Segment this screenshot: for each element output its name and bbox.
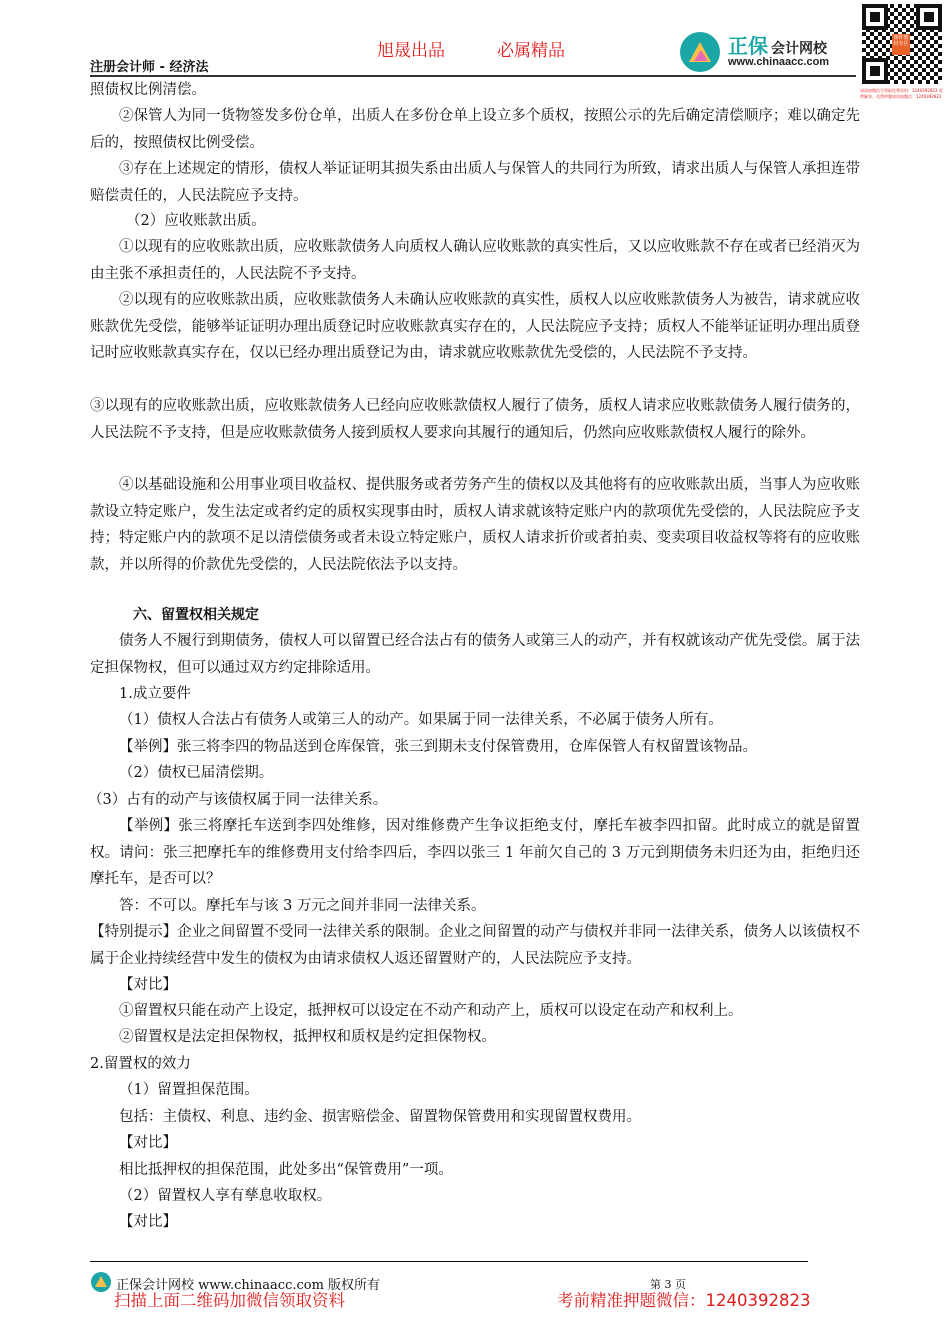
special-note: 【特别提示】企业之间留置不受同一法律关系的限制。企业之间留置的动产与债权并非同一… <box>90 919 860 972</box>
paragraph: （2）留置权人享有孳息收取权。 <box>119 1183 859 1210</box>
paragraph: （1）债权人合法占有债务人或第三人的动产。如果属于同一法律关系，不必属于债务人所… <box>119 707 859 734</box>
example: 【举例】张三将李四的物品送到仓库保管，张三到期未支付保管费用，仓库保管人有权留置… <box>119 734 879 761</box>
paragraph: （3）占有的动产与该债权属于同一法律关系。 <box>88 787 858 814</box>
qr-caption: 请添加微信号领取免费资料：1240392823 免费解答、免费押题请添加微信：1… <box>860 88 946 100</box>
logo-name: 正保会计网校 <box>728 30 827 59</box>
paragraph: ②保管人为同一货物签发多份仓单，出质人在多份仓单上设立多个质权，按照公示的先后确… <box>90 103 860 156</box>
answer: 答：不可以。摩托车与该 3 万元之间并非同一法律关系。 <box>90 893 860 920</box>
paragraph: 相比抵押权的担保范围，此处多出“保管费用”一项。 <box>119 1157 859 1184</box>
paragraph: ②以现有的应收账款出质，应收账款债务人未确认应收账款的真实性，质权人以应收账款债… <box>90 287 860 367</box>
compare-label: 【对比】 <box>119 1130 319 1157</box>
paragraph: ①以现有的应收账款出质，应收账款债务人向质权人确认应收账款的真实性后，又以应收账… <box>90 234 860 287</box>
paragraph: （2）应收账款出质。 <box>126 208 826 235</box>
chinaacc-logo: 正保会计网校 www.chinaacc.com <box>680 28 860 74</box>
logo-mark-icon <box>680 32 720 72</box>
subheading: 2.留置权的效力 <box>90 1051 860 1078</box>
promo-right: 考前精准押题微信：1240392823 <box>557 1287 810 1311</box>
document-title: 注册会计师 - 经济法 <box>90 56 208 75</box>
paragraph: ②留置权是法定担保物权，抵押权和质权是约定担保物权。 <box>119 1024 859 1051</box>
slogan-left: 旭晟出品 <box>377 36 445 61</box>
promo-left: 扫描上面二维码加微信领取资料 <box>114 1287 345 1311</box>
logo-url: www.chinaacc.com <box>728 56 829 68</box>
compare-label: 【对比】 <box>119 972 319 999</box>
paragraph: 照债权比例清偿。 <box>90 77 860 104</box>
compare-label: 【对比】 <box>119 1209 319 1236</box>
subheading: 1.成立要件 <box>119 681 859 708</box>
qr-center-badge: 课件教材专区 <box>892 34 910 55</box>
paragraph: （1）留置担保范围。 <box>119 1077 859 1104</box>
paragraph: 包括：主债权、利息、违约金、损害赔偿金、留置物保管费用和实现留置权费用。 <box>119 1104 859 1131</box>
example: 【举例】张三将摩托车送到李四处维修，因对维修费产生争议拒绝支付，摩托车被李四扣留… <box>90 813 860 893</box>
footer-divider <box>90 1261 808 1262</box>
footer-logo-icon <box>91 1272 111 1292</box>
paragraph: ④以基础设施和公用事业项目收益权、提供服务或者劳务产生的债权以及其他将有的应收账… <box>90 472 860 578</box>
paragraph: ③存在上述规定的情形，债权人举证证明其损失系由出质人与保管人的共同行为所致，请求… <box>90 156 860 209</box>
slogan-right: 必属精品 <box>497 36 565 61</box>
paragraph: ③以现有的应收账款出质，应收账款债务人已经向应收账款债权人履行了债务，质权人请求… <box>90 393 860 446</box>
section-heading: 六、留置权相关规定 <box>133 602 533 629</box>
paragraph: （2）债权已届清偿期。 <box>119 760 859 787</box>
paragraph: ①留置权只能在动产上设定，抵押权可以设定在不动产和动产上，质权可以设定在动产和权… <box>119 998 879 1025</box>
paragraph: 债务人不履行到期债务，债权人可以留置已经合法占有的债务人或第三人的动产，并有权就… <box>90 628 860 681</box>
qr-code: 课件教材专区 请添加微信号领取免费资料：1240392823 免费解答、免费押题… <box>860 2 946 112</box>
